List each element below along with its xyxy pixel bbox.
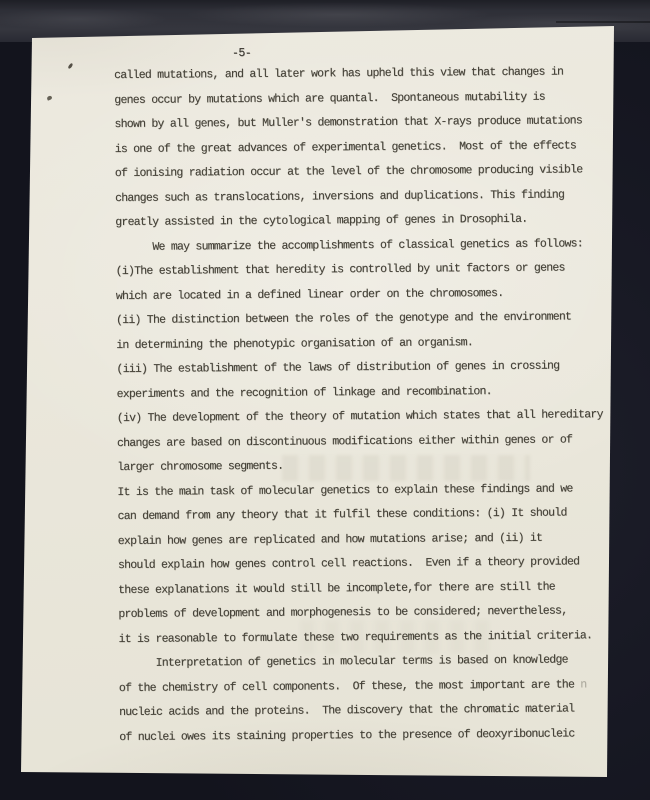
text-line: experiments and the recognition of linka…	[117, 379, 603, 407]
text-line: (ii) The distinction between the roles o…	[116, 305, 602, 333]
ink-mark	[46, 95, 52, 101]
text-line: We may summarize the accomplishments of …	[115, 232, 601, 260]
text-line: of the chemistry of cell components. Of …	[119, 673, 605, 701]
text-line: which are located in a defined linear or…	[116, 281, 602, 309]
text-line: in determining the phenotypic organisati…	[116, 330, 602, 358]
scanned-photo: -5- called mutations, and all later work…	[0, 0, 650, 800]
text-line: problems of development and morphogenesi…	[118, 599, 604, 627]
ink-mark	[67, 63, 73, 70]
paper-page: -5- called mutations, and all later work…	[0, 0, 650, 800]
text-line: is one of the great advances of experime…	[115, 134, 601, 162]
text-line: should explain how genes control cell re…	[118, 550, 604, 578]
background-seam-line	[556, 21, 650, 23]
text-line: (i)The establishment that heredity is co…	[116, 256, 602, 284]
text-line: (iii) The establishment of the laws of d…	[116, 354, 602, 382]
text-line: Interpretation of genetics in molecular …	[119, 648, 605, 676]
text-line: of nuclei owes its staining properties t…	[119, 722, 605, 750]
text-line: of ionising radiation occur at the level…	[115, 158, 601, 186]
text-line: changes such as translocations, inversio…	[115, 183, 601, 211]
text-line: It is the main task of molecular genetic…	[117, 477, 603, 505]
text-line: can demand from any theory that it fulfi…	[117, 501, 603, 529]
page-number: -5-	[232, 47, 251, 60]
text-line: changes are based on discontinuous modif…	[117, 428, 603, 456]
typewritten-text: called mutations, and all later work has…	[114, 60, 605, 750]
text-line: (iv) The development of the theory of mu…	[117, 403, 603, 431]
text-line: larger chromosome segments.	[117, 452, 603, 480]
text-line: called mutations, and all later work has…	[114, 60, 600, 88]
text-line: shown by all genes, but Muller's demonst…	[114, 109, 600, 137]
text-line: nucleic acids and the proteins. The disc…	[119, 697, 605, 725]
text-line: greatly assisted in the cytological mapp…	[115, 207, 601, 235]
